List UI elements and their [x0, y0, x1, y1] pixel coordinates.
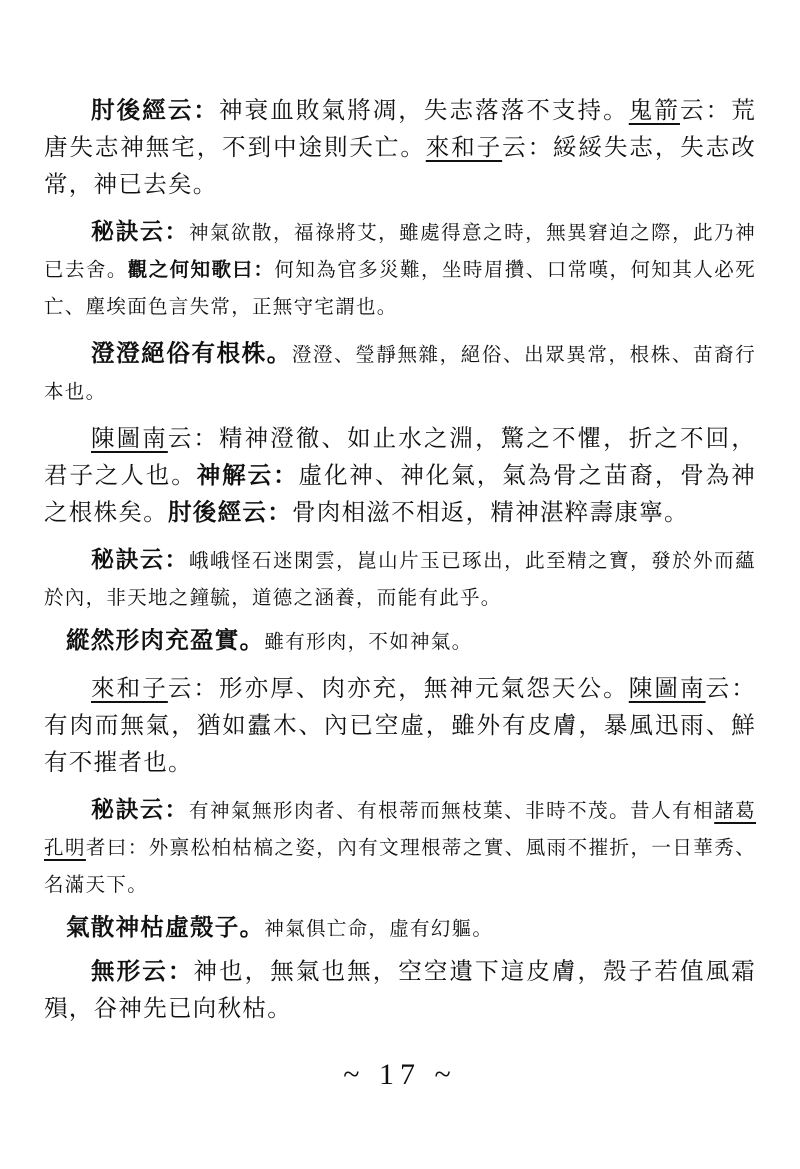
underlined-name: 來和子: [426, 133, 502, 161]
body-text: 骨肉相滋不相返，精神湛粹壽康寧。: [292, 498, 689, 526]
verse-heading: 澄澄絕俗有根株。: [91, 339, 292, 367]
underlined-name: 陳圖南: [91, 424, 168, 452]
body-text: 云：形亦厚、肉亦充，無神元氣怨天公。: [168, 674, 629, 702]
paragraph-9: 氣散神枯虛殼子。神氣俱亡命，虛有幻軀。: [44, 909, 756, 947]
paragraph-8: 秘訣云：有神氣無形肉者、有根蒂而無枝葉、非時不茂。昔人有相諸葛孔明者曰：外禀松柏…: [44, 791, 756, 903]
source-label: 秘訣云：: [91, 796, 189, 823]
source-label: 秘訣云：: [91, 218, 189, 245]
verse-heading: 縱然形肉充盈實。: [66, 626, 264, 654]
page-number: ~ 17 ~: [0, 1058, 800, 1092]
source-label: 無形云：: [91, 957, 193, 985]
body-text: 神氣俱亡命，虛有幻軀。: [264, 917, 493, 940]
paragraph-5: 秘訣云：峨峨怪石迷閑雲，崑山片玉已琢出，此至精之寶，發於外而蘊於內，非天地之鐘毓…: [44, 541, 756, 616]
underlined-name: 陳圖南: [629, 674, 706, 702]
paragraph-10: 無形云：神也，無氣也無，空空遺下這皮膚，殼子若值風霜殞，谷神先已向秋枯。: [44, 953, 756, 1027]
paragraph-3: 澄澄絕俗有根株。澄澄、瑩靜無雜，絕俗、出眾異常，根株、苗裔行本也。: [44, 335, 756, 410]
paragraph-7: 來和子云：形亦厚、肉亦充，無神元氣怨天公。陳圖南云：有肉而無氣，猶如蠹木、內已空…: [44, 670, 756, 781]
source-label: 觀之何知歌曰：: [128, 258, 275, 281]
source-label: 肘後經云：: [91, 96, 219, 124]
paragraph-4: 陳圖南云：精神澄徹、如止水之淵，驚之不懼，折之不回，君子之人也。神解云：虛化神、…: [44, 420, 756, 531]
paragraph-2: 秘訣云：神氣欲散，福祿將艾，雖處得意之時，無異窘迫之際，此乃神已去舍。觀之何知歌…: [44, 213, 756, 325]
paragraph-6: 縱然形肉充盈實。雖有形肉，不如神氣。: [44, 622, 756, 660]
paragraph-1: 肘後經云：神衰血敗氣將凋，失志落落不支持。鬼箭云：荒唐失志神無宅，不到中途則夭亡…: [44, 92, 756, 203]
underlined-name: 鬼箭: [629, 96, 680, 124]
document-page: 肘後經云：神衰血敗氣將凋，失志落落不支持。鬼箭云：荒唐失志神無宅，不到中途則夭亡…: [44, 92, 756, 1027]
verse-heading: 氣散神枯虛殼子。: [66, 913, 264, 941]
source-label: 肘後經云：: [168, 498, 292, 526]
underlined-name: 來和子: [91, 674, 168, 702]
source-label: 秘訣云：: [91, 546, 189, 573]
body-text: 神衰血敗氣將凋，失志落落不支持。: [219, 96, 629, 124]
body-text: 雖有形肉，不如神氣。: [264, 630, 472, 653]
source-label: 神解云：: [197, 461, 299, 489]
body-text: 者曰：外禀松柏枯槁之姿，內有文理根蒂之實、風雨不摧折，一日華秀、名滿天下。: [44, 836, 756, 896]
body-text: 有神氣無形肉者、有根蒂而無枝葉、非時不茂。昔人有相: [189, 799, 714, 822]
